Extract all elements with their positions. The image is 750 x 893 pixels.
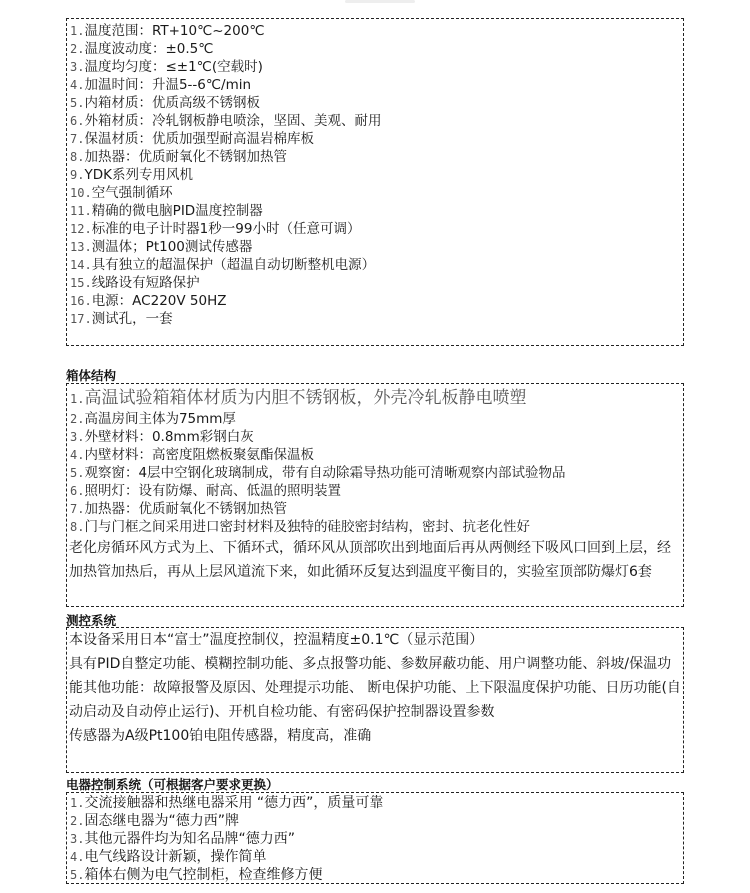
structure-item: 7.加热器：优质耐氧化不锈钢加热管	[70, 500, 683, 518]
specs-list: 1.温度范围：RT+10℃~200℃ 2.温度波动度：±0.5℃ 3.温度均匀度…	[67, 22, 683, 328]
electrical-heading: 电器控制系统（可根据客户要求更换）	[66, 775, 279, 793]
spec-item: 11.精确的微电脑PID温度控制器	[70, 202, 683, 220]
structure-box: 1.高温试验箱箱体材质为内胆不锈钢板，外壳冷轧板静电喷塑 2.高温房间主体为75…	[66, 383, 684, 607]
spec-item: 4.加温时间：升温5--6℃/min	[70, 76, 683, 94]
control-paragraph: 具有PID自整定功能、模糊控制功能、多点报警功能、参数屏蔽功能、用户调整功能、斜…	[67, 652, 683, 724]
electrical-item: 5.箱体右侧为电气控制柜，检查维修方便	[70, 866, 683, 884]
specs-box: 1.温度范围：RT+10℃~200℃ 2.温度波动度：±0.5℃ 3.温度均匀度…	[66, 18, 684, 346]
electrical-item: 3.其他元器件均为知名品牌“德力西”	[70, 830, 683, 848]
control-box: 本设备采用日本“富士”温度控制仪，控温精度±0.1℃（显示范围） 具有PID自整…	[66, 627, 684, 773]
spec-item: 14.具有独立的超温保护（超温自动切断整机电源）	[70, 256, 683, 274]
spec-item: 1.温度范围：RT+10℃~200℃	[70, 22, 683, 40]
control-paragraph: 本设备采用日本“富士”温度控制仪，控温精度±0.1℃（显示范围）	[67, 628, 683, 652]
structure-list: 1.高温试验箱箱体材质为内胆不锈钢板，外壳冷轧板静电喷塑 2.高温房间主体为75…	[67, 386, 683, 536]
spec-item: 2.温度波动度：±0.5℃	[70, 40, 683, 58]
spec-item: 3.温度均匀度：≤±1℃(空载时)	[70, 58, 683, 76]
structure-item: 1.高温试验箱箱体材质为内胆不锈钢板，外壳冷轧板静电喷塑	[70, 386, 683, 410]
structure-item: 3.外壁材料：0.8mm彩钢白灰	[70, 428, 683, 446]
structure-item: 8.门与门框之间采用进口密封材料及独特的硅胶密封结构，密封、抗老化性好	[70, 518, 683, 536]
structure-paragraph: 老化房循环风方式为上、下循环式，循环风从顶部吹出到地面后再从两侧经下吸风口回到上…	[67, 536, 683, 584]
structure-item: 4.内壁材料：高密度阻燃板聚氨酯保温板	[70, 446, 683, 464]
spec-item: 10.空气强制循环	[70, 184, 683, 202]
structure-item: 6.照明灯：设有防爆、耐高、低温的照明装置	[70, 482, 683, 500]
spec-item: 8.加热器：优质耐氧化不锈钢加热管	[70, 148, 683, 166]
spec-item: 7.保温材质：优质加强型耐高温岩棉库板	[70, 130, 683, 148]
top-scroll-remnant	[345, 0, 415, 3]
control-paragraph: 传感器为A级Pt100铂电阻传感器，精度高，准确	[67, 724, 683, 748]
spec-item: 15.线路设有短路保护	[70, 274, 683, 292]
electrical-item: 4.电气线路设计新颖，操作简单	[70, 848, 683, 866]
electrical-box: 1.交流接触器和热继电器采用 “德力西”，质量可靠 2.固态继电器为“德力西”牌…	[66, 792, 684, 884]
spec-item: 13.测温体；Pt100测试传感器	[70, 238, 683, 256]
spec-item: 5.内箱材质：优质高级不锈钢板	[70, 94, 683, 112]
spec-item: 6.外箱材质：冷轧钢板静电喷涂，坚固、美观、耐用	[70, 112, 683, 130]
spec-item: 12.标准的电子计时器1秒一99小时（任意可调）	[70, 220, 683, 238]
spec-item: 16.电源：AC220V 50HZ	[70, 292, 683, 310]
structure-heading: 箱体结构	[66, 366, 116, 384]
electrical-list: 1.交流接触器和热继电器采用 “德力西”，质量可靠 2.固态继电器为“德力西”牌…	[67, 794, 683, 884]
structure-item: 2.高温房间主体为75mm厚	[70, 410, 683, 428]
structure-item: 5.观察窗：4层中空钢化玻璃制成，带有自动除霜导热功能可清晰观察内部试验物品	[70, 464, 683, 482]
electrical-item: 2.固态继电器为“德力西”牌	[70, 812, 683, 830]
electrical-item: 1.交流接触器和热继电器采用 “德力西”，质量可靠	[70, 794, 683, 812]
spec-item: 9.YDK系列专用风机	[70, 166, 683, 184]
spec-item: 17.测试孔，一套	[70, 310, 683, 328]
